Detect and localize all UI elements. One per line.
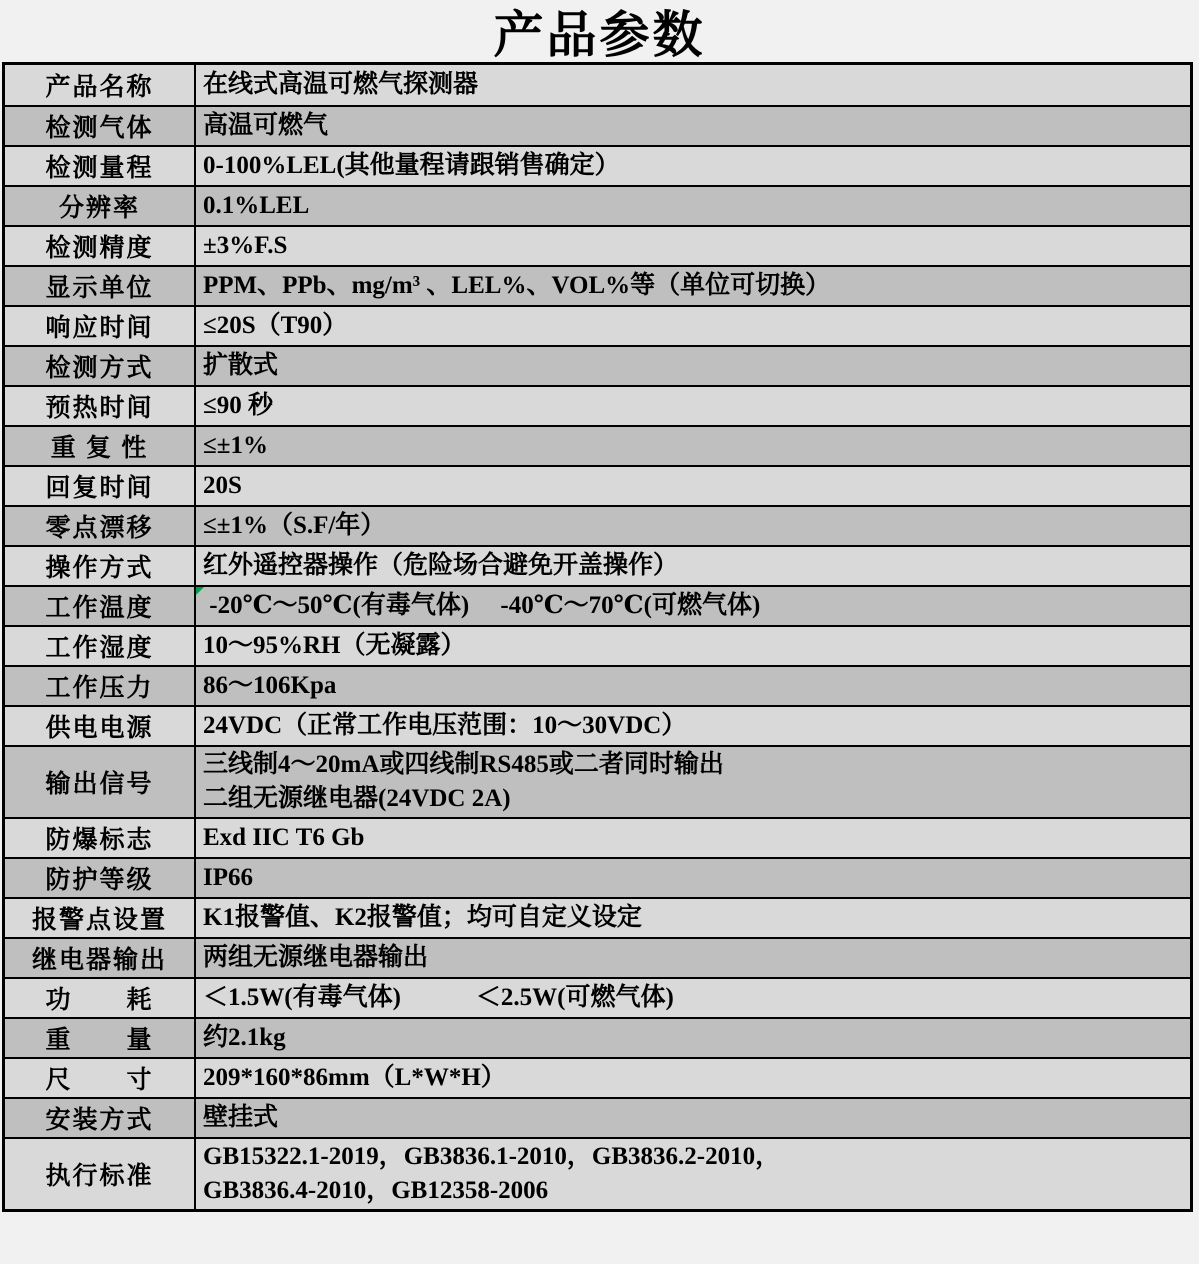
param-label: 尺 寸	[5, 1059, 196, 1097]
param-value: IP66	[196, 859, 1190, 897]
value-line: 20S	[203, 469, 1190, 503]
param-label: 响应时间	[5, 307, 196, 345]
table-row: 报警点设置K1报警值、K2报警值；均可自定义设定	[5, 897, 1190, 937]
param-label: 防爆标志	[5, 819, 196, 857]
param-label: 供电电源	[5, 707, 196, 745]
param-label: 工作湿度	[5, 627, 196, 665]
value-line: ≤20S（T90）	[203, 309, 1190, 343]
param-value: 高温可燃气	[196, 107, 1190, 145]
table-row: 继电器输出两组无源继电器输出	[5, 937, 1190, 977]
value-line: 红外遥控器操作（危险场合避免开盖操作）	[203, 549, 1190, 583]
table-row: 功 耗＜1.5W(有毒气体) ＜2.5W(可燃气体)	[5, 977, 1190, 1017]
value-line: ±3%F.S	[203, 229, 1190, 263]
param-label: 执行标准	[5, 1139, 196, 1209]
table-row: 防爆标志Exd IIC T6 Gb	[5, 817, 1190, 857]
param-label: 功 耗	[5, 979, 196, 1017]
value-line: 扩散式	[203, 349, 1190, 383]
param-value: K1报警值、K2报警值；均可自定义设定	[196, 899, 1190, 937]
value-line: 高温可燃气	[203, 109, 1190, 143]
value-line: 209*160*86mm（L*W*H）	[203, 1061, 1190, 1095]
param-value: 86～106Kpa	[196, 667, 1190, 705]
value-line: GB15322.1-2019，GB3836.1-2010，GB3836.2-20…	[203, 1140, 1190, 1174]
table-row: 防护等级IP66	[5, 857, 1190, 897]
table-row: 工作湿度10～95%RH（无凝露）	[5, 625, 1190, 665]
value-line: 三线制4～20mA或四线制RS485或二者同时输出	[203, 748, 1190, 782]
value-line: K1报警值、K2报警值；均可自定义设定	[203, 901, 1190, 935]
param-value: 扩散式	[196, 347, 1190, 385]
param-value: 三线制4～20mA或四线制RS485或二者同时输出二组无源继电器(24VDC 2…	[196, 747, 1190, 817]
table-row: 响应时间≤20S（T90）	[5, 305, 1190, 345]
value-line: 二组无源继电器(24VDC 2A)	[203, 782, 1190, 816]
param-label: 操作方式	[5, 547, 196, 585]
param-value: 20S	[196, 467, 1190, 505]
table-row: 工作温度 -20℃～50℃(有毒气体) -40℃～70℃(可燃气体)	[5, 585, 1190, 625]
param-label: 预热时间	[5, 387, 196, 425]
param-label: 输出信号	[5, 747, 196, 817]
value-line: Exd IIC T6 Gb	[203, 821, 1190, 855]
param-value: PPM、PPb、mg/m³ 、LEL%、VOL%等（单位可切换）	[196, 267, 1190, 305]
param-value: 两组无源继电器输出	[196, 939, 1190, 977]
param-label: 安装方式	[5, 1099, 196, 1137]
table-row: 重 复 性≤±1%	[5, 425, 1190, 465]
value-line: ＜1.5W(有毒气体) ＜2.5W(可燃气体)	[203, 981, 1190, 1015]
table-row: 输出信号三线制4～20mA或四线制RS485或二者同时输出二组无源继电器(24V…	[5, 745, 1190, 817]
param-label: 显示单位	[5, 267, 196, 305]
table-row: 检测量程0-100%LEL(其他量程请跟销售确定）	[5, 145, 1190, 185]
value-line: 约2.1kg	[203, 1021, 1190, 1055]
table-row: 检测方式扩散式	[5, 345, 1190, 385]
table-row: 供电电源24VDC（正常工作电压范围：10～30VDC）	[5, 705, 1190, 745]
param-value: ＜1.5W(有毒气体) ＜2.5W(可燃气体)	[196, 979, 1190, 1017]
param-label: 分辨率	[5, 187, 196, 225]
table-row: 产品名称在线式高温可燃气探测器	[5, 65, 1190, 105]
param-value: 壁挂式	[196, 1099, 1190, 1137]
param-value: 在线式高温可燃气探测器	[196, 65, 1190, 105]
param-label: 检测精度	[5, 227, 196, 265]
param-value: 209*160*86mm（L*W*H）	[196, 1059, 1190, 1097]
value-line: 0.1%LEL	[203, 189, 1190, 223]
param-value: GB15322.1-2019，GB3836.1-2010，GB3836.2-20…	[196, 1139, 1190, 1209]
param-value: ≤90 秒	[196, 387, 1190, 425]
param-label: 工作压力	[5, 667, 196, 705]
param-label: 防护等级	[5, 859, 196, 897]
param-value: 0-100%LEL(其他量程请跟销售确定）	[196, 147, 1190, 185]
table-row: 工作压力86～106Kpa	[5, 665, 1190, 705]
value-line: ≤±1%	[203, 429, 1190, 463]
value-line: 10～95%RH（无凝露）	[203, 629, 1190, 663]
param-value: ≤±1%（S.F/年）	[196, 507, 1190, 545]
value-line: 0-100%LEL(其他量程请跟销售确定）	[203, 149, 1190, 183]
param-value: ≤20S（T90）	[196, 307, 1190, 345]
param-label: 继电器输出	[5, 939, 196, 977]
param-label: 工作温度	[5, 587, 196, 625]
param-label: 报警点设置	[5, 899, 196, 937]
param-value: 10～95%RH（无凝露）	[196, 627, 1190, 665]
param-label: 产品名称	[5, 65, 196, 105]
table-row: 检测精度±3%F.S	[5, 225, 1190, 265]
param-label: 零点漂移	[5, 507, 196, 545]
param-label: 重 量	[5, 1019, 196, 1057]
value-line: 24VDC（正常工作电压范围：10～30VDC）	[203, 709, 1190, 743]
table-row: 操作方式红外遥控器操作（危险场合避免开盖操作）	[5, 545, 1190, 585]
param-value: 0.1%LEL	[196, 187, 1190, 225]
value-line: 86～106Kpa	[203, 669, 1190, 703]
table-row: 安装方式壁挂式	[5, 1097, 1190, 1137]
page-title: 产品参数	[0, 0, 1199, 62]
param-value: Exd IIC T6 Gb	[196, 819, 1190, 857]
value-line: -20℃～50℃(有毒气体) -40℃～70℃(可燃气体)	[203, 589, 1190, 623]
value-line: 两组无源继电器输出	[203, 941, 1190, 975]
table-row: 重 量约2.1kg	[5, 1017, 1190, 1057]
spec-table: 产品名称在线式高温可燃气探测器检测气体高温可燃气检测量程0-100%LEL(其他…	[2, 62, 1193, 1212]
param-value: ≤±1%	[196, 427, 1190, 465]
param-label: 检测量程	[5, 147, 196, 185]
param-value: ±3%F.S	[196, 227, 1190, 265]
param-label: 检测气体	[5, 107, 196, 145]
table-row: 回复时间20S	[5, 465, 1190, 505]
value-line: IP66	[203, 861, 1190, 895]
param-label: 检测方式	[5, 347, 196, 385]
param-label: 回复时间	[5, 467, 196, 505]
param-value: -20℃～50℃(有毒气体) -40℃～70℃(可燃气体)	[196, 587, 1190, 625]
value-line: GB3836.4-2010，GB12358-2006	[203, 1174, 1190, 1208]
table-row: 零点漂移≤±1%（S.F/年）	[5, 505, 1190, 545]
table-row: 显示单位PPM、PPb、mg/m³ 、LEL%、VOL%等（单位可切换）	[5, 265, 1190, 305]
table-row: 检测气体高温可燃气	[5, 105, 1190, 145]
value-line: 壁挂式	[203, 1101, 1190, 1135]
table-row: 分辨率0.1%LEL	[5, 185, 1190, 225]
table-row: 执行标准GB15322.1-2019，GB3836.1-2010，GB3836.…	[5, 1137, 1190, 1209]
value-line: ≤±1%（S.F/年）	[203, 509, 1190, 543]
green-corner-marker	[196, 587, 204, 595]
table-row: 预热时间≤90 秒	[5, 385, 1190, 425]
value-line: PPM、PPb、mg/m³ 、LEL%、VOL%等（单位可切换）	[203, 269, 1190, 303]
param-value: 24VDC（正常工作电压范围：10～30VDC）	[196, 707, 1190, 745]
param-label: 重 复 性	[5, 427, 196, 465]
param-value: 红外遥控器操作（危险场合避免开盖操作）	[196, 547, 1190, 585]
table-row: 尺 寸209*160*86mm（L*W*H）	[5, 1057, 1190, 1097]
value-line: ≤90 秒	[203, 389, 1190, 423]
param-value: 约2.1kg	[196, 1019, 1190, 1057]
value-line: 在线式高温可燃气探测器	[203, 68, 1190, 102]
